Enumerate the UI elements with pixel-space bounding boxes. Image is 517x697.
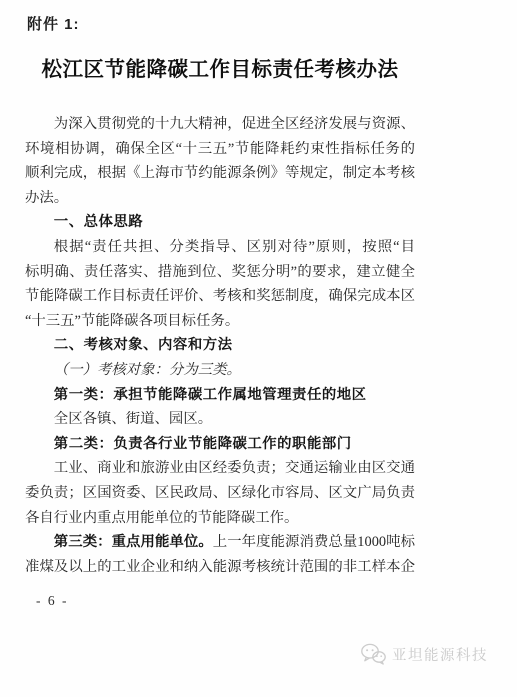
wechat-icon xyxy=(360,643,387,666)
category-1-body: 全区各镇、街道、园区。 xyxy=(25,407,415,432)
para-1-line-4: 办法。 xyxy=(25,186,415,211)
category-2-line-3: 各自行业内重点用能单位的节能降碳工作。 xyxy=(25,506,415,531)
watermark: 亚坦能源科技 xyxy=(360,643,488,666)
para-2-line-1: 根据“责任共担、分类指导、区别对待”原则，按照“目 xyxy=(25,235,415,260)
document-page: 附件 1: 松江区节能降碳工作目标责任考核办法 为深入贯彻党的十九大精神，促进全… xyxy=(0,0,517,697)
para-2-line-4: “十三五”节能降碳各项目标任务。 xyxy=(25,309,415,334)
para-1-line-1: 为深入贯彻党的十九大精神，促进全区经济发展与资源、 xyxy=(25,112,415,137)
page-number: - 6 - xyxy=(36,593,69,609)
document-body: 为深入贯彻党的十九大精神，促进全区经济发展与资源、环境相协调，确保全区“十三五”… xyxy=(25,112,415,579)
category-2-line-2: 委负责；区国资委、区民政局、区绿化市容局、区文广局负责 xyxy=(25,481,415,506)
document-title: 松江区节能降碳工作目标责任考核办法 xyxy=(25,55,415,85)
category-1-heading: 第一类：承担节能降碳工作属地管理责任的地区 xyxy=(25,383,415,408)
section-2-heading: 二、考核对象、内容和方法 xyxy=(25,333,415,358)
para-2-line-3: 节能降碳工作目标责任评价、考核和奖惩制度，确保完成本区 xyxy=(25,284,415,309)
category-3-line-2: 准煤及以上的工业企业和纳入能源考核统计范围的非工样本企 xyxy=(25,555,415,580)
section-1-heading: 一、总体思路 xyxy=(25,210,415,235)
category-3-line-1: 第三类：重点用能单位。上一年度能源消费总量1000吨标 xyxy=(25,530,415,555)
para-2-line-2: 标明确、责任落实、措施到位、奖惩分明”的要求，建立健全 xyxy=(25,260,415,285)
watermark-text: 亚坦能源科技 xyxy=(392,644,488,665)
subsection-1-heading: （一）考核对象：分为三类。 xyxy=(25,358,415,383)
category-2-line-1: 工业、商业和旅游业由区经委负责；交通运输业由区交通 xyxy=(25,456,415,481)
para-1-line-2: 环境相协调，确保全区“十三五”节能降耗约束性指标任务的 xyxy=(25,137,415,162)
category-2-heading: 第二类：负责各行业节能降碳工作的职能部门 xyxy=(25,432,415,457)
para-1-line-3: 顺利完成，根据《上海市节约能源条例》等规定，制定本考核 xyxy=(25,161,415,186)
attachment-label: 附件 1: xyxy=(27,13,80,34)
